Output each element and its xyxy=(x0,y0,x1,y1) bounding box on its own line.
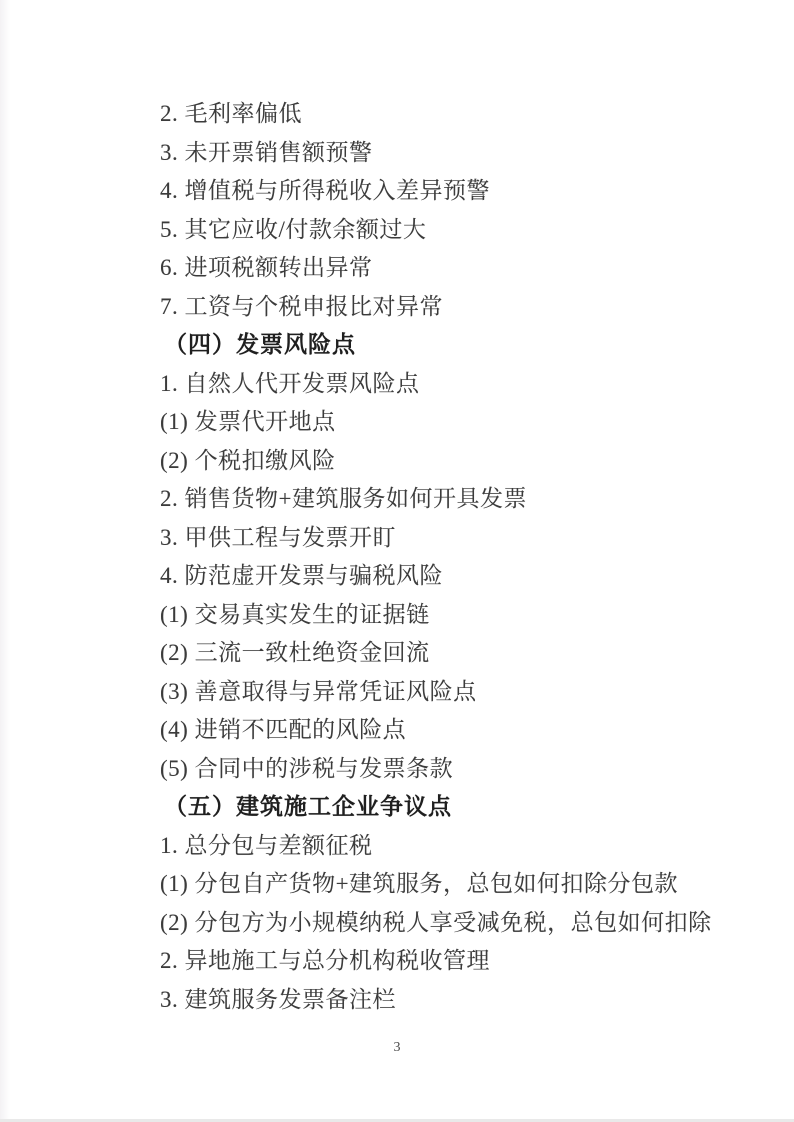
document-line: 2. 销售货物+建筑服务如何开具发票 xyxy=(160,480,754,519)
text-block: 2. 毛利率偏低3. 未开票销售额预警4. 增值税与所得税收入差异预警5. 其它… xyxy=(160,95,754,1019)
document-line: 5. 其它应收/付款余额过大 xyxy=(160,211,754,250)
document-line: 3. 建筑服务发票备注栏 xyxy=(160,981,754,1020)
document-line: (2) 三流一致杜绝资金回流 xyxy=(160,634,754,673)
document-line: (3) 善意取得与异常凭证风险点 xyxy=(160,673,754,712)
document-line: 2. 异地施工与总分机构税收管理 xyxy=(160,942,754,981)
scan-edge-shade xyxy=(0,0,10,1119)
document-page: 2. 毛利率偏低3. 未开票销售额预警4. 增值税与所得税收入差异预警5. 其它… xyxy=(0,0,794,1122)
document-line: 1. 总分包与差额征税 xyxy=(160,827,754,866)
document-line: 2. 毛利率偏低 xyxy=(160,95,754,134)
document-line: (1) 分包自产货物+建筑服务，总包如何扣除分包款 xyxy=(160,865,754,904)
document-line: 6. 进项税额转出异常 xyxy=(160,249,754,288)
document-line: (1) 发票代开地点 xyxy=(160,403,754,442)
page-number: 3 xyxy=(0,1040,794,1056)
document-line: 7. 工资与个税申报比对异常 xyxy=(160,288,754,327)
document-line: 3. 甲供工程与发票开盯 xyxy=(160,519,754,558)
document-line: (2) 分包方为小规模纳税人享受减免税，总包如何扣除 xyxy=(160,904,754,943)
section-heading: （五）建筑施工企业争议点 xyxy=(160,788,754,827)
document-line: 4. 增值税与所得税收入差异预警 xyxy=(160,172,754,211)
section-heading: （四）发票风险点 xyxy=(160,326,754,365)
document-line: 1. 自然人代开发票风险点 xyxy=(160,365,754,404)
document-line: (2) 个税扣缴风险 xyxy=(160,442,754,481)
document-line: (1) 交易真实发生的证据链 xyxy=(160,596,754,635)
document-line: (5) 合同中的涉税与发票条款 xyxy=(160,750,754,789)
document-line: (4) 进销不匹配的风险点 xyxy=(160,711,754,750)
document-line: 3. 未开票销售额预警 xyxy=(160,134,754,173)
document-line: 4. 防范虚开发票与骗税风险 xyxy=(160,557,754,596)
